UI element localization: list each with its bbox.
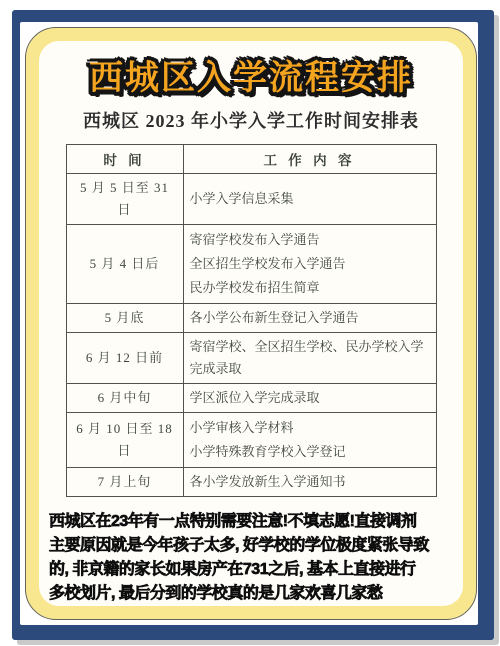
task-line: 学区派位入学完成录取	[190, 387, 430, 409]
time-cell: 5 月 4 日后	[66, 225, 183, 304]
note-paragraph: 西城区在23年有一点特别需要注意!不填志愿!直接调剂主要原因就是今年孩子太多, …	[49, 510, 453, 606]
table-row: 6 月 10 日至 18 日 小学审核入学材料小学特殊教育学校入学登记	[66, 413, 436, 468]
time-cell: 6 月 12 日前	[66, 333, 183, 384]
table-row: 5 月 5 日至 31 日 小学入学信息采集	[66, 174, 436, 225]
note-line: 主要原因就是今年孩子太多, 好学校的学位极度紧张导致	[49, 534, 453, 558]
task-line: 寄宿学校、全区招生学校、民办学校入学完成录取	[190, 336, 430, 380]
schedule-table: 时 间 工 作 内 容 5 月 5 日至 31 日 小学入学信息采集 5 月 4…	[66, 144, 437, 497]
task-line: 小学入学信息采集	[190, 188, 430, 210]
tasks-cell: 学区派位入学完成录取	[183, 384, 436, 413]
time-cell: 6 月中旬	[66, 384, 183, 413]
time-cell: 5 月底	[66, 304, 183, 333]
tasks-cell: 各小学发放新生入学通知书	[183, 468, 436, 497]
column-header-content: 工 作 内 容	[183, 145, 436, 174]
task-line: 寄宿学校发布入学通告	[190, 228, 430, 252]
time-cell: 7 月上旬	[66, 468, 183, 497]
poster: 西城区入学流程安排 西城区 2023 年小学入学工作时间安排表 时 间 工 作 …	[0, 0, 500, 646]
table-row: 6 月 12 日前 寄宿学校、全区招生学校、民办学校入学完成录取	[66, 333, 436, 384]
note-line: 的, 非京籍的家长如果房产在731之后, 基本上直接进行	[49, 558, 453, 582]
tasks-cell: 小学审核入学材料小学特殊教育学校入学登记	[183, 413, 436, 468]
navy-frame: 西城区入学流程安排 西城区 2023 年小学入学工作时间安排表 时 间 工 作 …	[12, 10, 494, 640]
table-caption: 西城区 2023 年小学入学工作时间安排表	[47, 107, 455, 133]
tasks-cell: 寄宿学校、全区招生学校、民办学校入学完成录取	[183, 333, 436, 384]
content-card: 西城区入学流程安排 西城区 2023 年小学入学工作时间安排表 时 间 工 作 …	[39, 41, 463, 606]
column-header-time: 时 间	[66, 145, 183, 174]
yellow-band-frame: 西城区入学流程安排 西城区 2023 年小学入学工作时间安排表 时 间 工 作 …	[26, 28, 476, 619]
table-header-row: 时 间 工 作 内 容	[66, 145, 436, 174]
table-row: 5 月底 各小学公布新生登记入学通告	[66, 304, 436, 333]
task-line: 小学特殊教育学校入学登记	[190, 440, 430, 464]
time-cell: 5 月 5 日至 31 日	[66, 174, 183, 225]
tasks-cell: 各小学公布新生登记入学通告	[183, 304, 436, 333]
time-cell: 6 月 10 日至 18 日	[66, 413, 183, 468]
white-gap-frame: 西城区入学流程安排 西城区 2023 年小学入学工作时间安排表 时 间 工 作 …	[20, 22, 478, 625]
table-row: 6 月中旬 学区派位入学完成录取	[66, 384, 436, 413]
task-line: 民办学校发布招生简章	[190, 276, 430, 300]
note-line: 多校划片, 最后分到的学校真的是几家欢喜几家愁	[49, 582, 453, 606]
task-line: 小学审核入学材料	[190, 416, 430, 440]
task-line: 各小学发放新生入学通知书	[190, 471, 430, 493]
table-row: 5 月 4 日后 寄宿学校发布入学通告全区招生学校发布入学通告民办学校发布招生简…	[66, 225, 436, 304]
tasks-cell: 小学入学信息采集	[183, 174, 436, 225]
tasks-cell: 寄宿学校发布入学通告全区招生学校发布入学通告民办学校发布招生简章	[183, 225, 436, 304]
table-row: 7 月上旬 各小学发放新生入学通知书	[66, 468, 436, 497]
page-title: 西城区入学流程安排	[47, 57, 455, 99]
task-line: 全区招生学校发布入学通告	[190, 252, 430, 276]
note-line: 西城区在23年有一点特别需要注意!不填志愿!直接调剂	[49, 510, 453, 534]
task-line: 各小学公布新生登记入学通告	[190, 307, 430, 329]
schedule-table-body: 5 月 5 日至 31 日 小学入学信息采集 5 月 4 日后 寄宿学校发布入学…	[66, 174, 436, 497]
